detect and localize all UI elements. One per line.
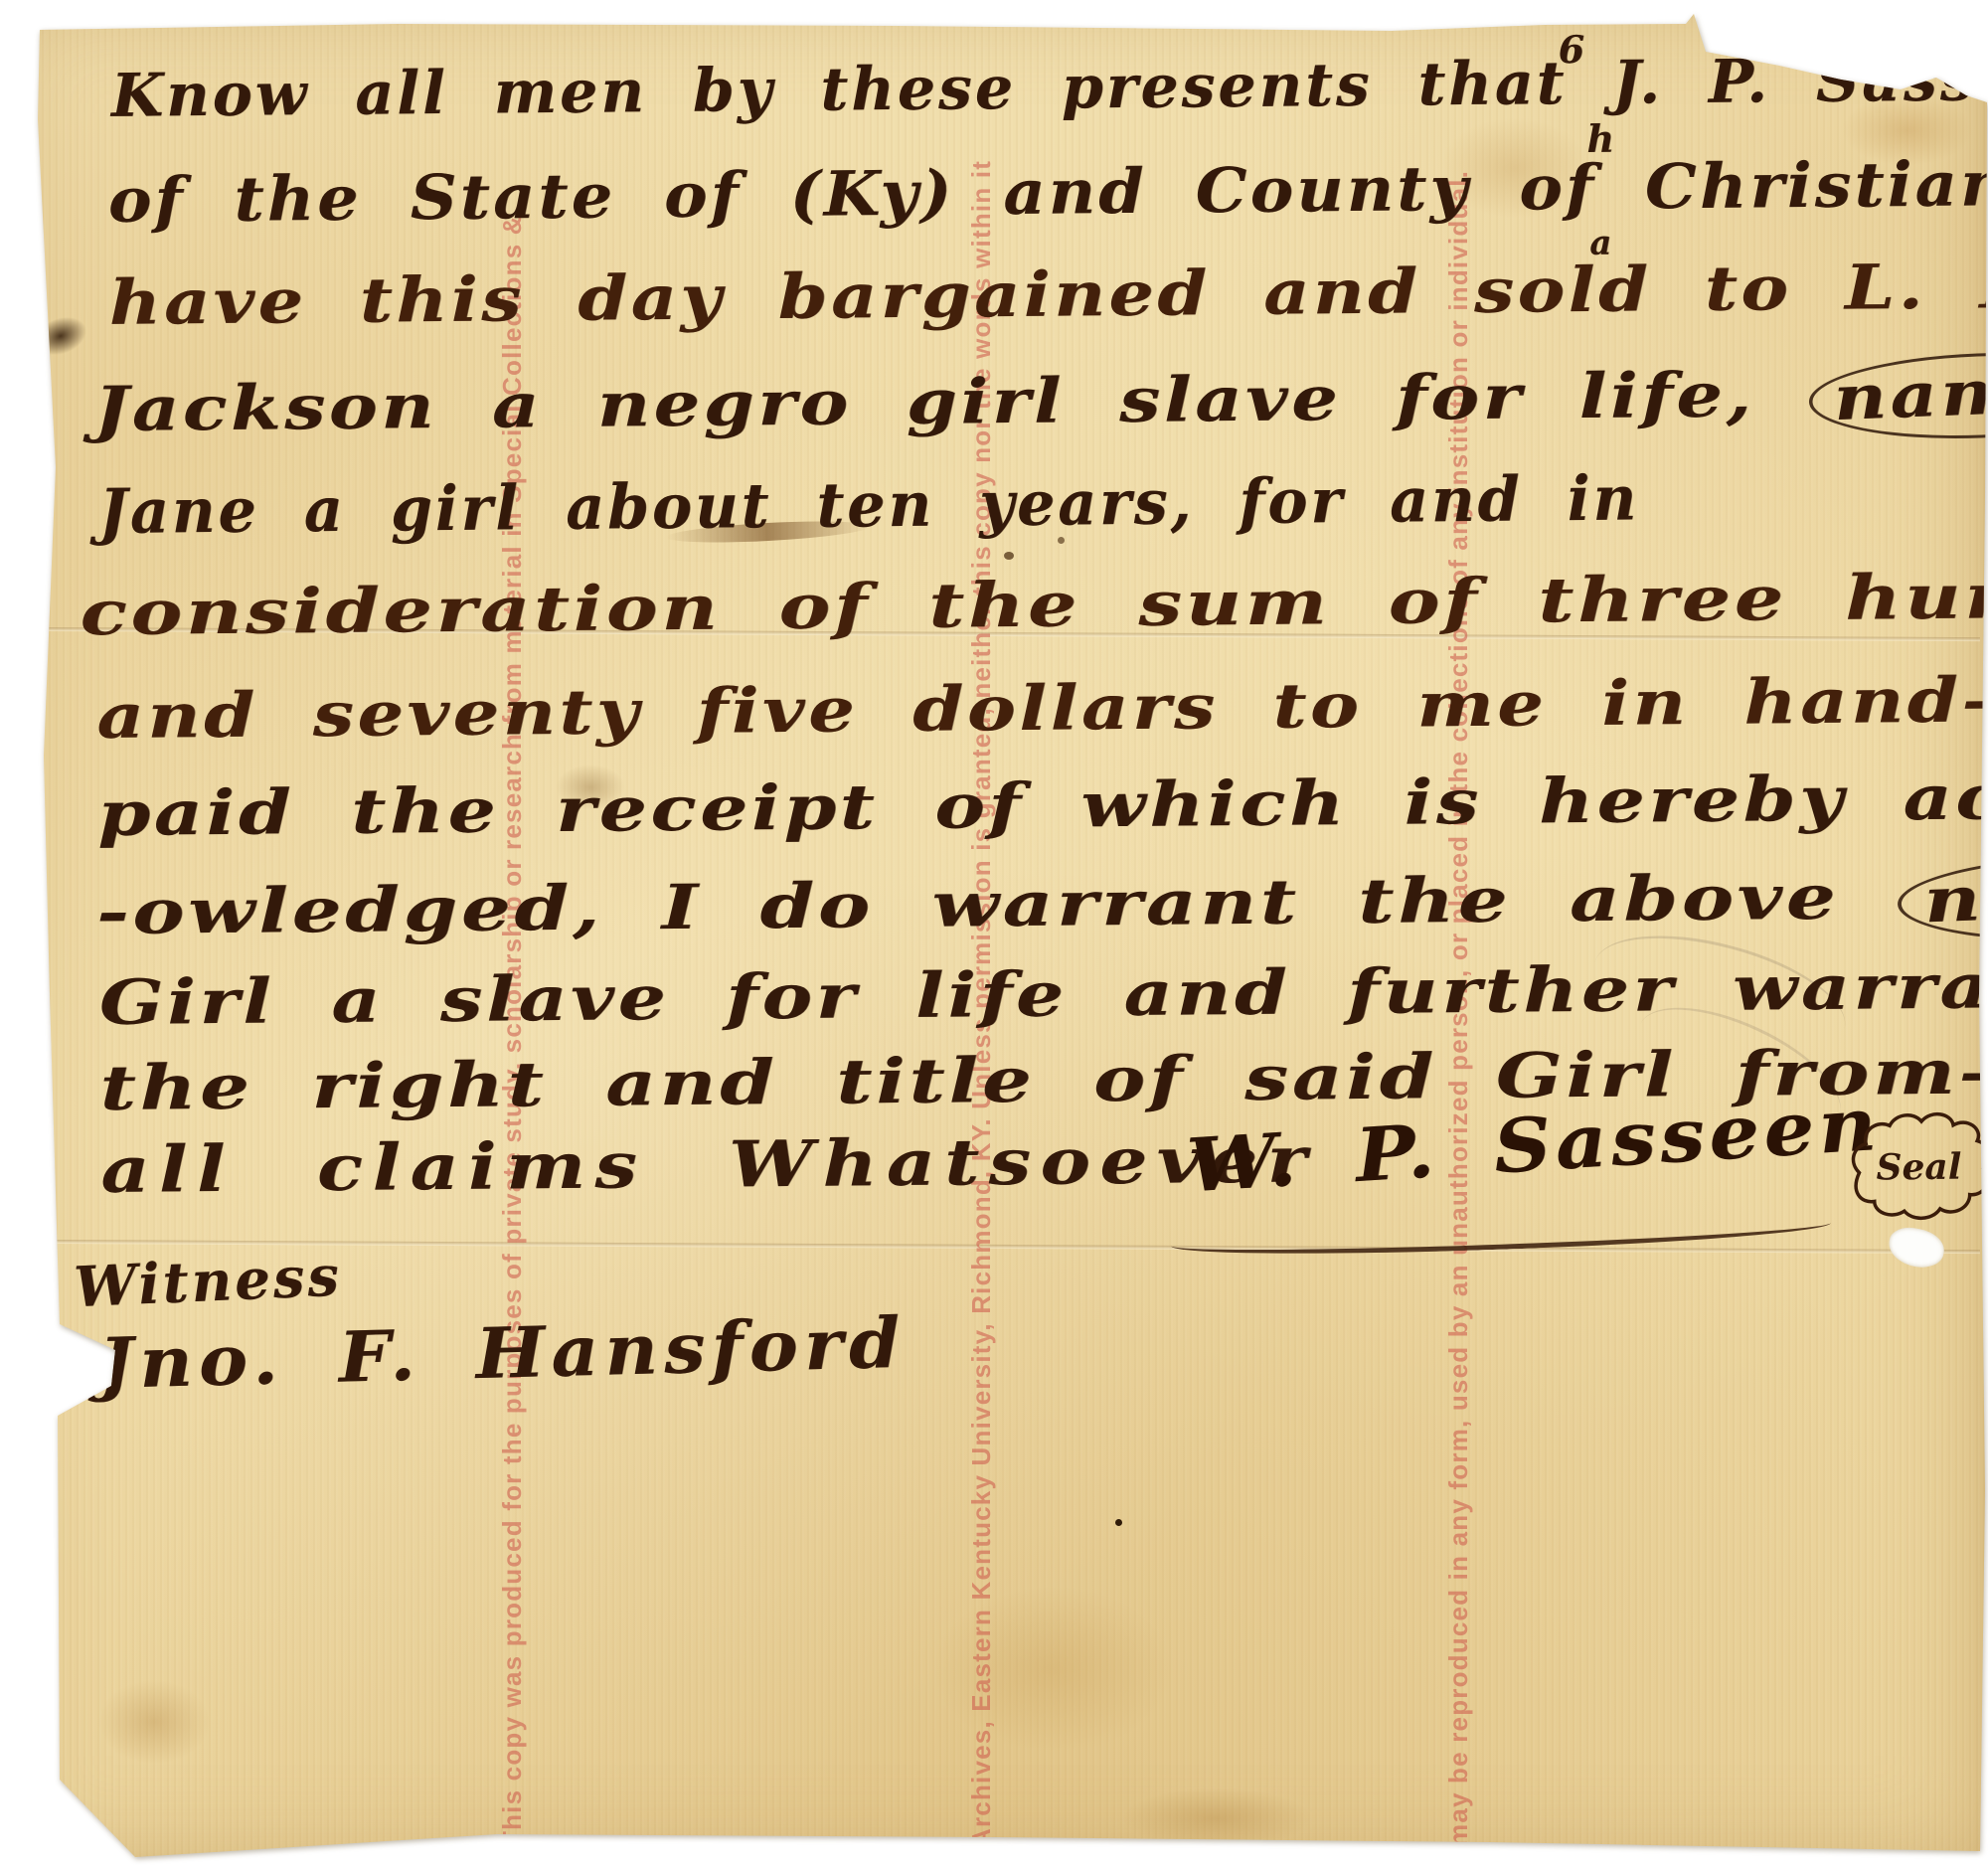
line-text: Know all men by these presents that J. P… xyxy=(111,44,1988,131)
line-text: paid the receipt of which is hereby ackn xyxy=(97,760,1988,850)
line-text: -owledged, I do warrant the above xyxy=(96,861,1840,948)
seal-label: Seal xyxy=(1876,1146,1961,1189)
line-text: and seventy five dollars to me in hand— xyxy=(96,663,1988,753)
manuscript-line: consideration of the sum of three hundre… xyxy=(80,558,1988,649)
line-text: Jane a girl about ten years, for and in xyxy=(98,461,1639,548)
manuscript-line: Jackson a negro girl slave for life, nam… xyxy=(93,352,1988,454)
manuscript-body: Know all men by these presents that J. P… xyxy=(0,0,1988,1869)
seal-drawing: Seal xyxy=(1834,1106,1988,1229)
manuscript-line: Know all men by these presents that J. P… xyxy=(111,44,1988,131)
manuscript-line: all claims Whatsoever xyxy=(100,1122,1316,1208)
circled-word: named xyxy=(1896,849,1988,946)
manuscript-line: of the State of (Ky) and County of Chris… xyxy=(108,147,1988,237)
circled-word: named xyxy=(1807,347,1988,444)
line-text: consideration of the sum of three hundre… xyxy=(80,558,1988,649)
witness-signature: Jno. F. Hansford xyxy=(97,1301,908,1405)
witness-label: Witness xyxy=(73,1244,343,1321)
signature-underline-flourish xyxy=(1171,1207,1832,1261)
inserted-superscript: h xyxy=(1586,116,1615,161)
manuscript-line: and seventy five dollars to me in hand— xyxy=(96,663,1988,753)
line-text: have this day bargained and sold to L. P… xyxy=(108,250,1988,339)
paper-shadow-wrap: This copy was produced for the purposes … xyxy=(0,0,1988,1869)
line-text: Jackson a negro girl slave for life, xyxy=(93,358,1754,445)
manuscript-paper: This copy was produced for the purposes … xyxy=(0,0,1988,1869)
manuscript-line: have this day bargained and sold to L. P… xyxy=(108,250,1988,339)
line-text: of the State of (Ky) and County of Chris… xyxy=(108,147,1988,237)
line-text: all claims Whatsoever xyxy=(100,1122,1316,1208)
line-text: Girl a slave for life and further warran… xyxy=(99,949,1988,1039)
inserted-subscript: a xyxy=(1589,224,1612,263)
manuscript-line: Jane a girl about ten years, for and in xyxy=(98,461,1639,548)
manuscript-line: Girl a slave for life and further warran… xyxy=(99,949,1988,1039)
manuscript-line: -owledged, I do warrant the above named xyxy=(96,854,1988,957)
inserted-superscript: 6 xyxy=(1558,27,1585,72)
scanned-document: This copy was produced for the purposes … xyxy=(0,0,1988,1869)
manuscript-line: paid the receipt of which is hereby ackn xyxy=(97,760,1988,850)
